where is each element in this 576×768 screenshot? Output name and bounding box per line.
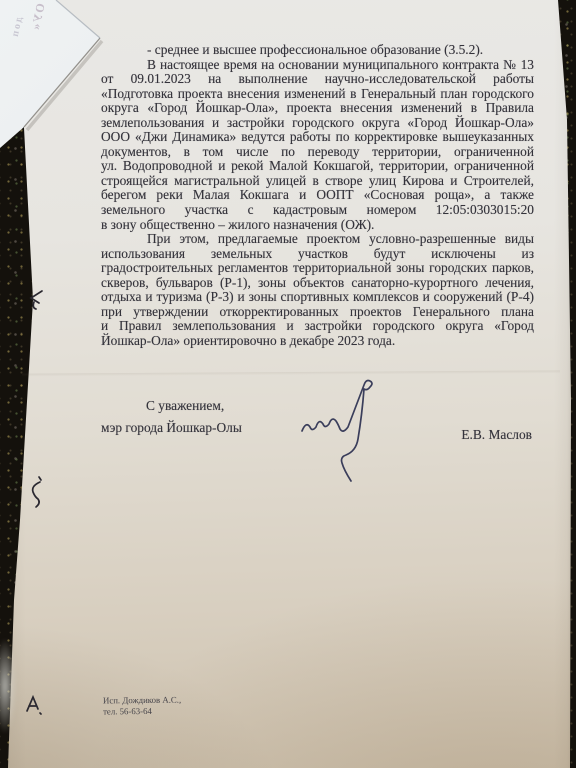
document-line: документов, в том числе по переводу терр… <box>101 145 534 160</box>
document-line: в зону общественно – жилого назначения (… <box>101 218 534 233</box>
document-line: землепользования и застройки городского … <box>101 116 534 131</box>
signature-row: мэр города Йошкар-Олы Е.В. Маслов <box>101 419 534 449</box>
document-line: и Правил землепользования и застройки го… <box>101 319 534 334</box>
closing-regard: С уважением, <box>101 398 534 419</box>
document-photo: ОУ« доп - среднее и высшее профессиональ… <box>0 0 576 768</box>
document-line: использования земельных участков будут и… <box>101 247 534 262</box>
executor-note: Исп. Дождиков А.С., тел. 56-63-64 <box>103 695 181 717</box>
document-line: В настоящее время на основании муниципал… <box>101 58 534 73</box>
executor-name: Исп. Дождиков А.С., <box>103 695 181 707</box>
document-line: строящейся магистральной улицей в створе… <box>101 174 534 189</box>
document-line: земельного участка с кадастровым номером… <box>101 203 534 218</box>
document-line: при утверждении откорректированных проек… <box>101 305 534 320</box>
document-line: Йошкар-Ола» ориентировочно в декабре 202… <box>101 334 534 349</box>
table-glare <box>0 638 17 734</box>
document-line: от 09.01.2023 на выполнение научно-иссле… <box>101 72 534 87</box>
executor-phone: тел. 56-63-64 <box>103 705 181 717</box>
letter-body: - среднее и высшее профессиональное обра… <box>101 43 534 348</box>
bleedthrough-text: доп <box>9 16 24 40</box>
document-line: «Подготовка проекта внесения изменений в… <box>101 87 534 102</box>
document-line: ООО «Джи Динамика» ведутся работы по кор… <box>101 130 534 145</box>
document-line: градостроительных регламентов территориа… <box>101 261 534 276</box>
closing-block: С уважением, мэр города Йошкар-Олы Е.В. … <box>101 398 534 449</box>
signer-name: Е.В. Маслов <box>461 427 532 443</box>
document-line: ул. Водопроводной и рекой Малой Кокшагой… <box>101 159 534 174</box>
bleedthrough-text: ОУ« <box>28 2 49 33</box>
document-line: отдыха и туризма (Р-3) и зоны спортивных… <box>101 290 534 305</box>
signer-role: мэр города Йошкар-Олы <box>101 420 242 436</box>
document-line: - среднее и высшее профессиональное обра… <box>101 43 534 58</box>
document-line: округа «Город Йошкар-Ола», проекта внесе… <box>101 101 534 116</box>
document-line: При этом, предлагаемые проектом условно-… <box>101 232 534 247</box>
document-line: берегом реки Малая Кокшага и ООПТ «Сосно… <box>101 188 534 203</box>
document-line: скверов, бульваров (Р-1), зоны объектов … <box>101 276 534 291</box>
